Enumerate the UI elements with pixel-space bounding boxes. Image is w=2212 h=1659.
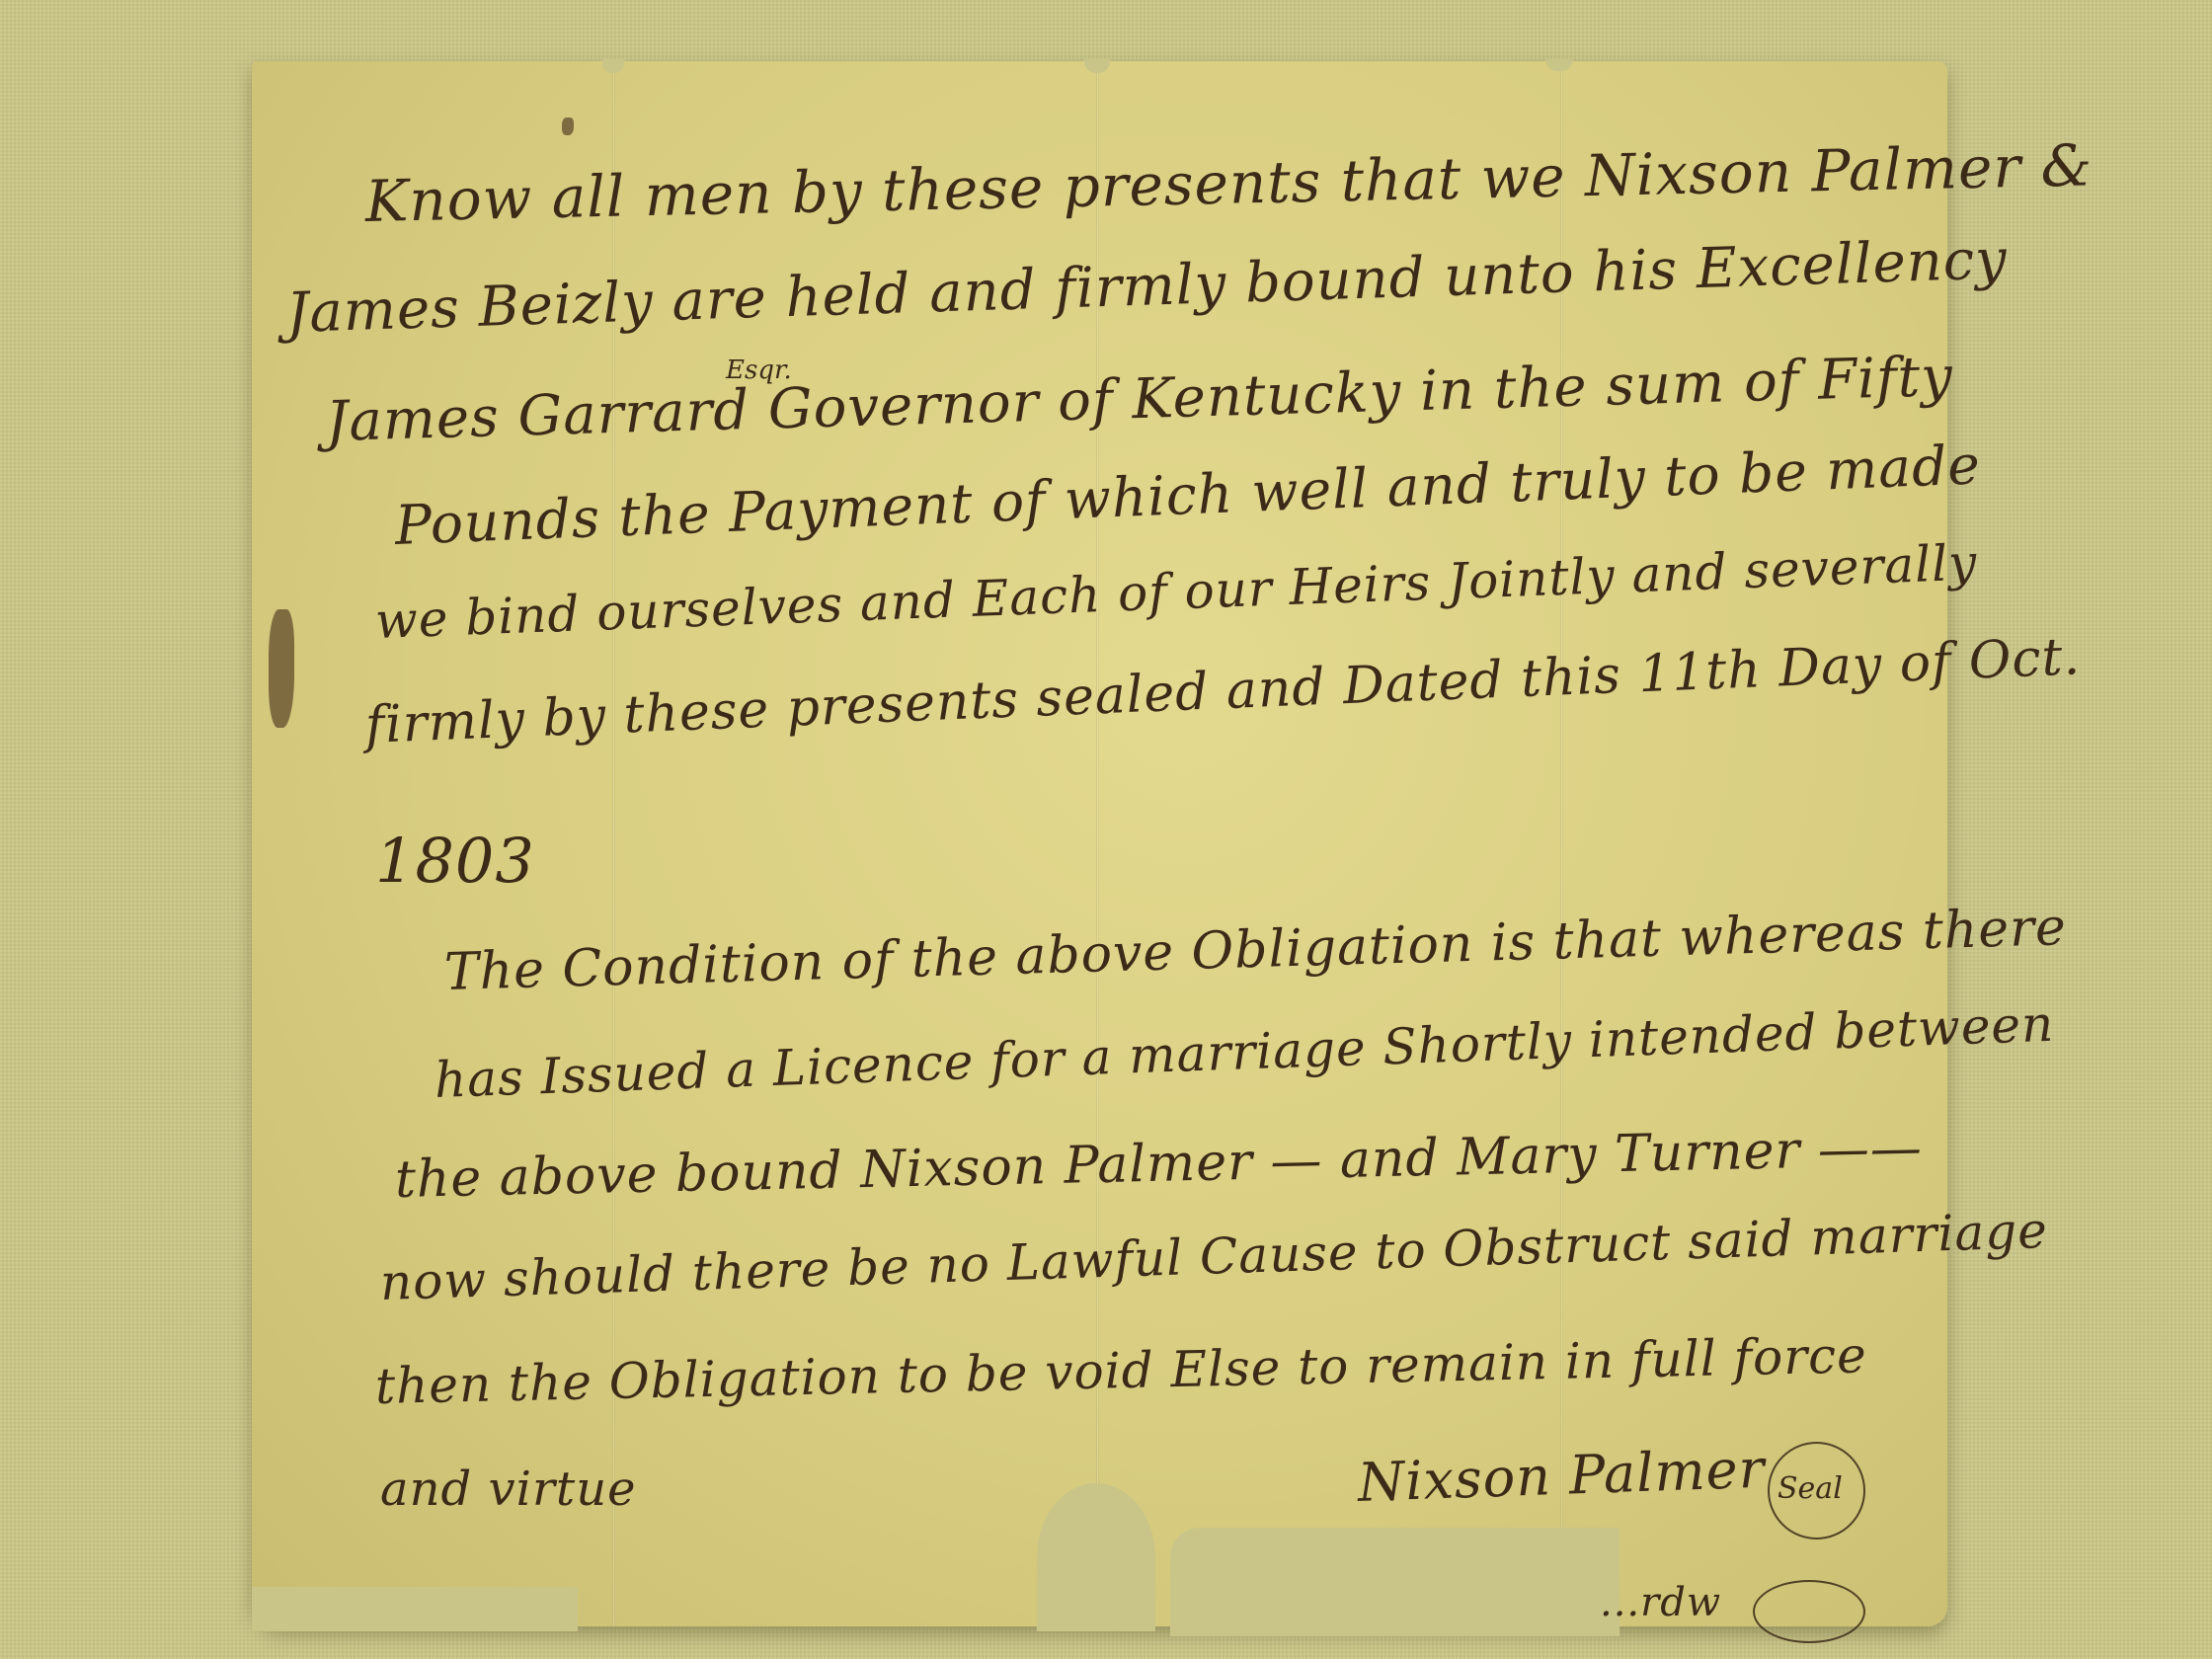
top-notch-1 <box>602 59 624 73</box>
seal-mark-2 <box>1753 1580 1865 1643</box>
signature-partial: ...rdw <box>1600 1580 1721 1625</box>
top-notch-2 <box>1084 59 1110 73</box>
ink-speck <box>562 118 574 135</box>
line-7-year: 1803 <box>375 825 535 897</box>
ink-stain <box>269 609 294 728</box>
top-notch-3 <box>1545 59 1573 71</box>
bottom-tear-left <box>252 1587 578 1631</box>
bottom-tear-right <box>1170 1528 1619 1636</box>
seal-label-1: Seal <box>1777 1471 1843 1506</box>
line-13: and virtue <box>380 1461 637 1517</box>
bottom-tear-center <box>1037 1483 1155 1631</box>
